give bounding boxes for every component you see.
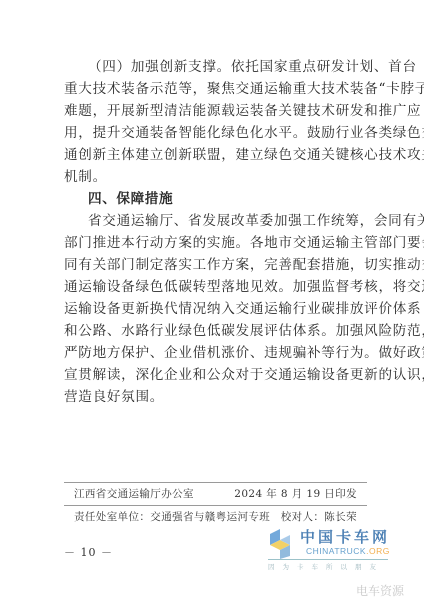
issue-date: 2024 年 8 月 19 日印发 — [234, 483, 357, 505]
responsibility-row: 责任处室单位：交通强省与赣粤运河专班 校对人：陈长荣 — [64, 506, 367, 528]
paragraph-line: 运输设备更新换代情况纳入交通运输行业碳排放评价体系 — [64, 298, 364, 320]
watermark-slogan: 因为卡车所以朋友 — [268, 562, 384, 571]
section-heading: 四、保障措施 — [64, 188, 364, 210]
paragraph-line: 同有关部门制定落实工作方案，完善配套措施，切实推动交 — [64, 254, 364, 276]
paragraph-line: 难题，开展新型清洁能源载运装备关键技术研发和推广应 — [64, 100, 364, 122]
paragraph-line: 通创新主体建立创新联盟，建立绿色交通关键核心技术攻关 — [64, 144, 364, 166]
proofreader: 校对人：陈长荣 — [281, 506, 357, 528]
watermark-brand-cn: 中国卡车网 — [300, 526, 390, 547]
watermark-divider — [268, 559, 388, 560]
paragraph-line: （四）加强创新支撑。依托国家重点研发计划、首台（套） — [64, 56, 364, 78]
secondary-watermark: 电车资源 — [356, 582, 404, 599]
watermark-brand-en-main: CHINATRUCK — [306, 546, 366, 556]
paragraph-line: 严防地方保护、企业借机涨价、违规骗补等行为。做好政策 — [64, 342, 364, 364]
paragraph-line: 通运输设备绿色低碳转型落地见效。加强监督考核，将交通 — [64, 276, 364, 298]
watermark-brand-en: CHINATRUCK.ORG — [306, 546, 390, 556]
watermark-brand-en-suffix: .ORG — [366, 546, 390, 556]
issue-row: 江西省交通运输厅办公室 2024 年 8 月 19 日印发 — [64, 483, 367, 505]
paragraph-line: 部门推进本行动方案的实施。各地市交通运输主管部门要会 — [64, 232, 364, 254]
paragraph-line: 用，提升交通装备智能化绿色化水平。鼓励行业各类绿色交 — [64, 122, 364, 144]
page-number: － 10 － — [64, 544, 113, 560]
paragraph-line: 和公路、水路行业绿色低碳发展评估体系。加强风险防范， — [64, 320, 364, 342]
paragraph-line: 营造良好氛围。 — [64, 386, 364, 408]
chinatruck-watermark: 中国卡车网 CHINATRUCK.ORG 因为卡车所以朋友 — [268, 528, 398, 578]
issuer: 江西省交通运输厅办公室 — [74, 483, 194, 505]
paragraph-line: 重大技术装备示范等，聚焦交通运输重大技术装备“卡脖子” — [64, 78, 364, 100]
responsible-unit: 责任处室单位：交通强省与赣粤运河专班 — [74, 506, 270, 528]
paragraph-line: 宣贯解读，深化企业和公众对于交通运输设备更新的认识， — [64, 364, 364, 386]
paragraph-line: 省交通运输厅、省发展改革委加强工作统筹，会同有关 — [64, 210, 364, 232]
document-footer: 江西省交通运输厅办公室 2024 年 8 月 19 日印发 责任处室单位：交通强… — [64, 482, 367, 528]
chinatruck-logo-icon — [268, 528, 292, 560]
document-page: （四）加强创新支撑。依托国家重点研发计划、首台（套） 重大技术装备示范等，聚焦交… — [0, 0, 424, 600]
document-body: （四）加强创新支撑。依托国家重点研发计划、首台（套） 重大技术装备示范等，聚焦交… — [64, 56, 364, 408]
paragraph-line: 机制。 — [64, 166, 364, 188]
